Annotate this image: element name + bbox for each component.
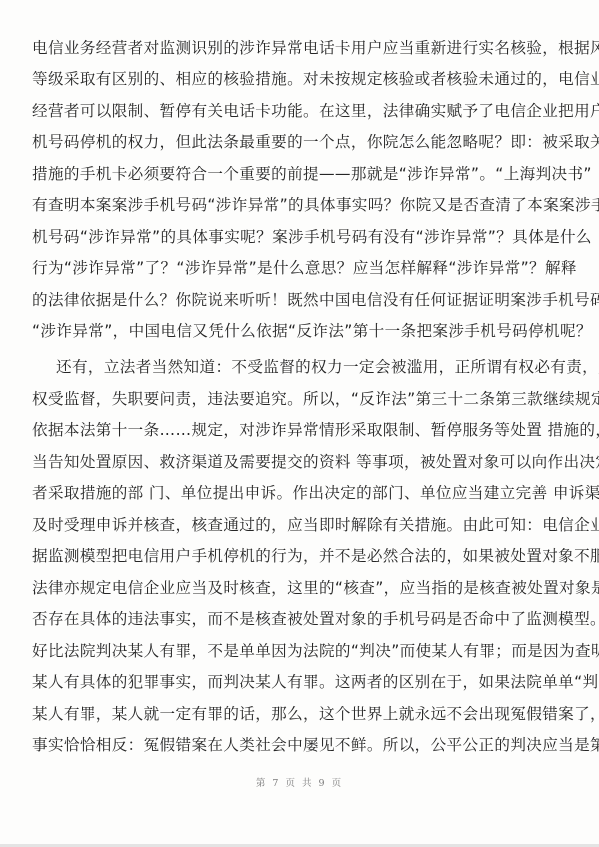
text-line: 还有，立法者当然知道：不受监督的权力一定会被滥用，正所谓有权必有责，用 (56, 356, 550, 378)
text-line: 否存在具体的违法事实，而不是核查被处置对象的手机号码是否命中了监测模型。就 (32, 608, 550, 630)
text-line: 电信业务经营者对监测识别的涉诈异常电话卡用户应当重新进行实名核验，根据风险 (32, 37, 550, 59)
text-line: 某人有罪，某人就一定有罪的话，那么，这个世界上就永远不会出现冤假错案了，但 (32, 703, 550, 725)
text-line: 者采取措施的部 门、单位提出申诉。作出决定的部门、单位应当建立完善 申诉渠道， (32, 482, 550, 504)
text-line: 有查明本案案涉手机号码“涉诈异常”的具体事实吗？你院又是否查清了本案案涉手 (32, 194, 550, 216)
text-line: 机号码停机的权力，但此法条最重要的一个点，你院怎么能忽略呢？即：被采取关停 (32, 131, 550, 153)
text-line: 当告知处置原因、救济渠道及需要提交的资料 等事项，被处置对象可以向作出决定或 (32, 451, 550, 473)
page-number-footer: 第 7 页 共 9 页 (0, 775, 599, 789)
document-page: 电信业务经营者对监测识别的涉诈异常电话卡用户应当重新进行实名核验，根据风险 等级… (0, 0, 599, 845)
text-line: 的法律依据是什么？你院说来听听！既然中国电信没有任何证据证明案涉手机号码 (32, 289, 550, 311)
text-line: 及时受理申诉并核查，核查通过的，应当即时解除有关措施。由此可知：电信企业依 (32, 514, 550, 536)
text-line: 机号码“涉诈异常”的具体事实呢？案涉手机号码有没有“涉诈异常”？具体是什么 (32, 226, 550, 248)
text-line: 据监测模型把电信用户手机停机的行为，并不是必然合法的，如果被处置对象不服， (32, 545, 550, 567)
text-line: 行为“涉诈异常”了？“涉诈异常”是什么意思？应当怎样解释“涉诈异常”？解释 (32, 257, 550, 279)
text-line: 好比法院判决某人有罪，不是单单因为法院的“判决”而使某人有罪；而是因为查明 (32, 640, 550, 662)
text-line: 法律亦规定电信企业应当及时核查，这里的“核查”，应当指的是核查被处置对象是 (32, 577, 550, 599)
text-line: 权受监督，失职要问责，违法要追究。所以，“反诈法”第三十二条第三款继续规定： (32, 388, 550, 410)
text-line: 措施的手机卡必须要符合一个重要的前提——那就是“涉诈异常”。“上海判决书” (32, 163, 550, 185)
text-line: 等级采取有区别的、相应的核验措施。对未按规定核验或者核验未通过的，电信业务 (32, 68, 550, 90)
text-line: 某人有具体的犯罪事实，而判决某人有罪。这两者的区别在于，如果法院单单“判决” (32, 671, 550, 693)
text-line: 经营者可以限制、暂停有关电话卡功能。在这里，法律确实赋予了电信企业把用户手 (32, 100, 550, 122)
text-line: 事实恰恰相反：冤假错案在人类社会中屡见不鲜。所以，公平公正的判决应当是第二 (32, 734, 550, 756)
text-line: “涉诈异常”，中国电信又凭什么依据“反诈法”第十一条把案涉手机号码停机呢？ (32, 320, 550, 342)
text-line: 依据本法第十一条……规定，对涉诈异常情形采取限制、暂停服务等处置 措施的，应 (32, 419, 550, 441)
